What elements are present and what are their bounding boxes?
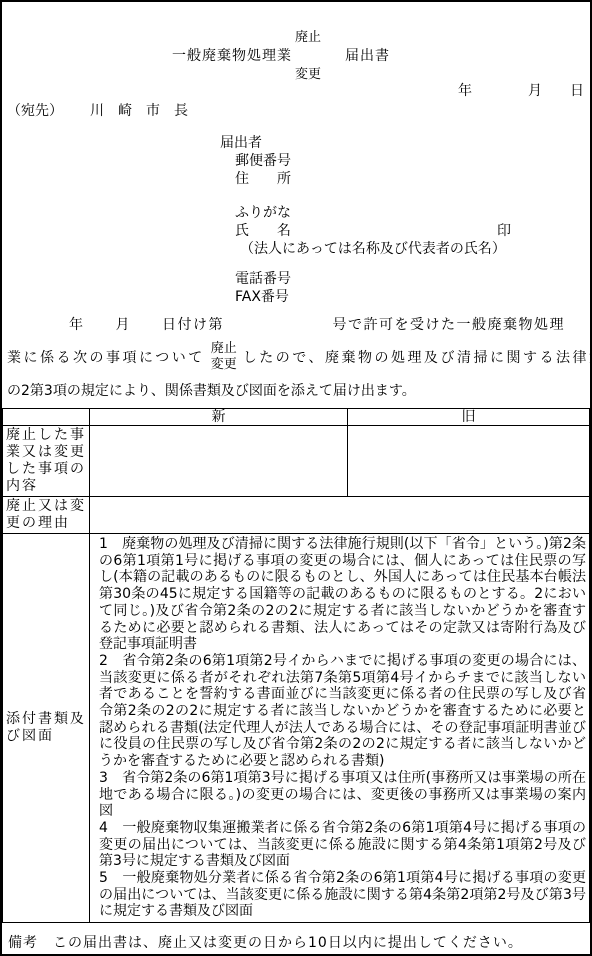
title-business-type: 一般廃棄物処理業	[172, 45, 292, 65]
reason-label: 廃止又は変更の理由	[3, 497, 90, 534]
body-paragraph: 年 月 日付け第 号で許可を受けた一般廃棄物処理 業に係る次の事項について 廃止…	[7, 308, 589, 400]
attachment-item-4: 4 一般廃棄物収集運搬業者に係る省令第2条の6第1項第4号に掲げる事項の変更の届…	[99, 820, 586, 870]
body-option-stack: 廃止変更	[205, 341, 243, 373]
changed-content-new-cell[interactable]	[90, 426, 348, 497]
form-table: 新 旧 廃止した事業又は変更した事項の内容 廃止又は変更の理由 添付書類及び図面…	[2, 408, 590, 923]
header-empty-cell	[3, 409, 90, 426]
table-header-row: 新 旧	[3, 409, 590, 426]
seal-mark: 印	[497, 220, 511, 240]
row-attachments: 添付書類及び図面 1 廃棄物の処理及び清掃に関する法律施行規則(以下「省令」とい…	[3, 534, 590, 923]
name-label: 氏 名	[235, 220, 291, 240]
changed-content-label: 廃止した事業又は変更した事項の内容	[3, 426, 90, 497]
body-line3: の2第3項の規定により、関係書類及び図面を添えて届け出ます。	[7, 380, 589, 400]
form-header-section: 廃止 一般廃棄物処理業 届出書 変更 年 月 日 （宛先） 川 崎 市 長 届出…	[2, 2, 590, 408]
attachments-label: 添付書類及び図面	[3, 534, 90, 923]
fax-label: FAX番号	[235, 286, 289, 306]
attachment-item-3: 3 省令第2条の6第1項第3号に掲げる事項又は住所(事務所又は事業場の所在地であ…	[99, 770, 586, 820]
notification-form-page: 廃止 一般廃棄物処理業 届出書 変更 年 月 日 （宛先） 川 崎 市 長 届出…	[0, 0, 592, 956]
body-line2: 業に係る次の事項について 廃止変更 したので、廃棄物の処理及び清掃に関する法律第…	[7, 334, 589, 380]
furigana-label: ふりがな	[235, 202, 291, 222]
phone-label: 電話番号	[235, 268, 291, 288]
body-line2-post: したので、廃棄物の処理及び清掃に関する法律第7条	[243, 347, 592, 367]
attachment-item-5: 5 一般廃棄物処分業者に係る省令第2条の6第1項第4号に掲げる事項の変更の届出に…	[99, 870, 586, 920]
body-option-change: 変更	[211, 357, 237, 372]
header-old: 旧	[348, 409, 590, 426]
changed-content-old-cell[interactable]	[348, 426, 590, 497]
applicant-heading: 届出者	[220, 132, 262, 152]
title-notification-suffix: 届出書	[345, 45, 390, 65]
attachment-item-1: 1 廃棄物の処理及び清掃に関する法律施行規則(以下「省令」という。)第2条の6第…	[99, 536, 586, 653]
body-option-abolition: 廃止	[211, 341, 237, 356]
body-line1[interactable]: 年 月 日付け第 号で許可を受けた一般廃棄物処理	[7, 314, 589, 334]
addressee-prefix: （宛先）	[7, 100, 63, 120]
row-changed-content: 廃止した事業又は変更した事項の内容	[3, 426, 590, 497]
address-label: 住 所	[235, 168, 291, 188]
remarks-note: 備考 この届出書は、廃止又は変更の日から10日以内に提出してください。	[2, 923, 590, 954]
body-line2-pre: 業に係る次の事項について	[7, 347, 205, 367]
attachments-cell: 1 廃棄物の処理及び清掃に関する法律施行規則(以下「省令」という。)第2条の6第…	[90, 534, 590, 923]
date-line[interactable]: 年 月 日	[2, 80, 584, 100]
attachment-item-2: 2 省令第2条の6第1項第2号イからハまでに掲げる事項の変更の場合には、当該変更…	[99, 653, 586, 770]
reason-cell[interactable]	[90, 497, 590, 534]
row-reason: 廃止又は変更の理由	[3, 497, 590, 534]
corporate-note: （法人にあっては名称及び代表者の氏名）	[240, 238, 506, 258]
title-option-abolition: 廃止	[295, 26, 321, 45]
header-new: 新	[90, 409, 348, 426]
postal-code-label: 郵便番号	[235, 150, 291, 170]
addressee-name: 川 崎 市 長	[90, 100, 188, 120]
